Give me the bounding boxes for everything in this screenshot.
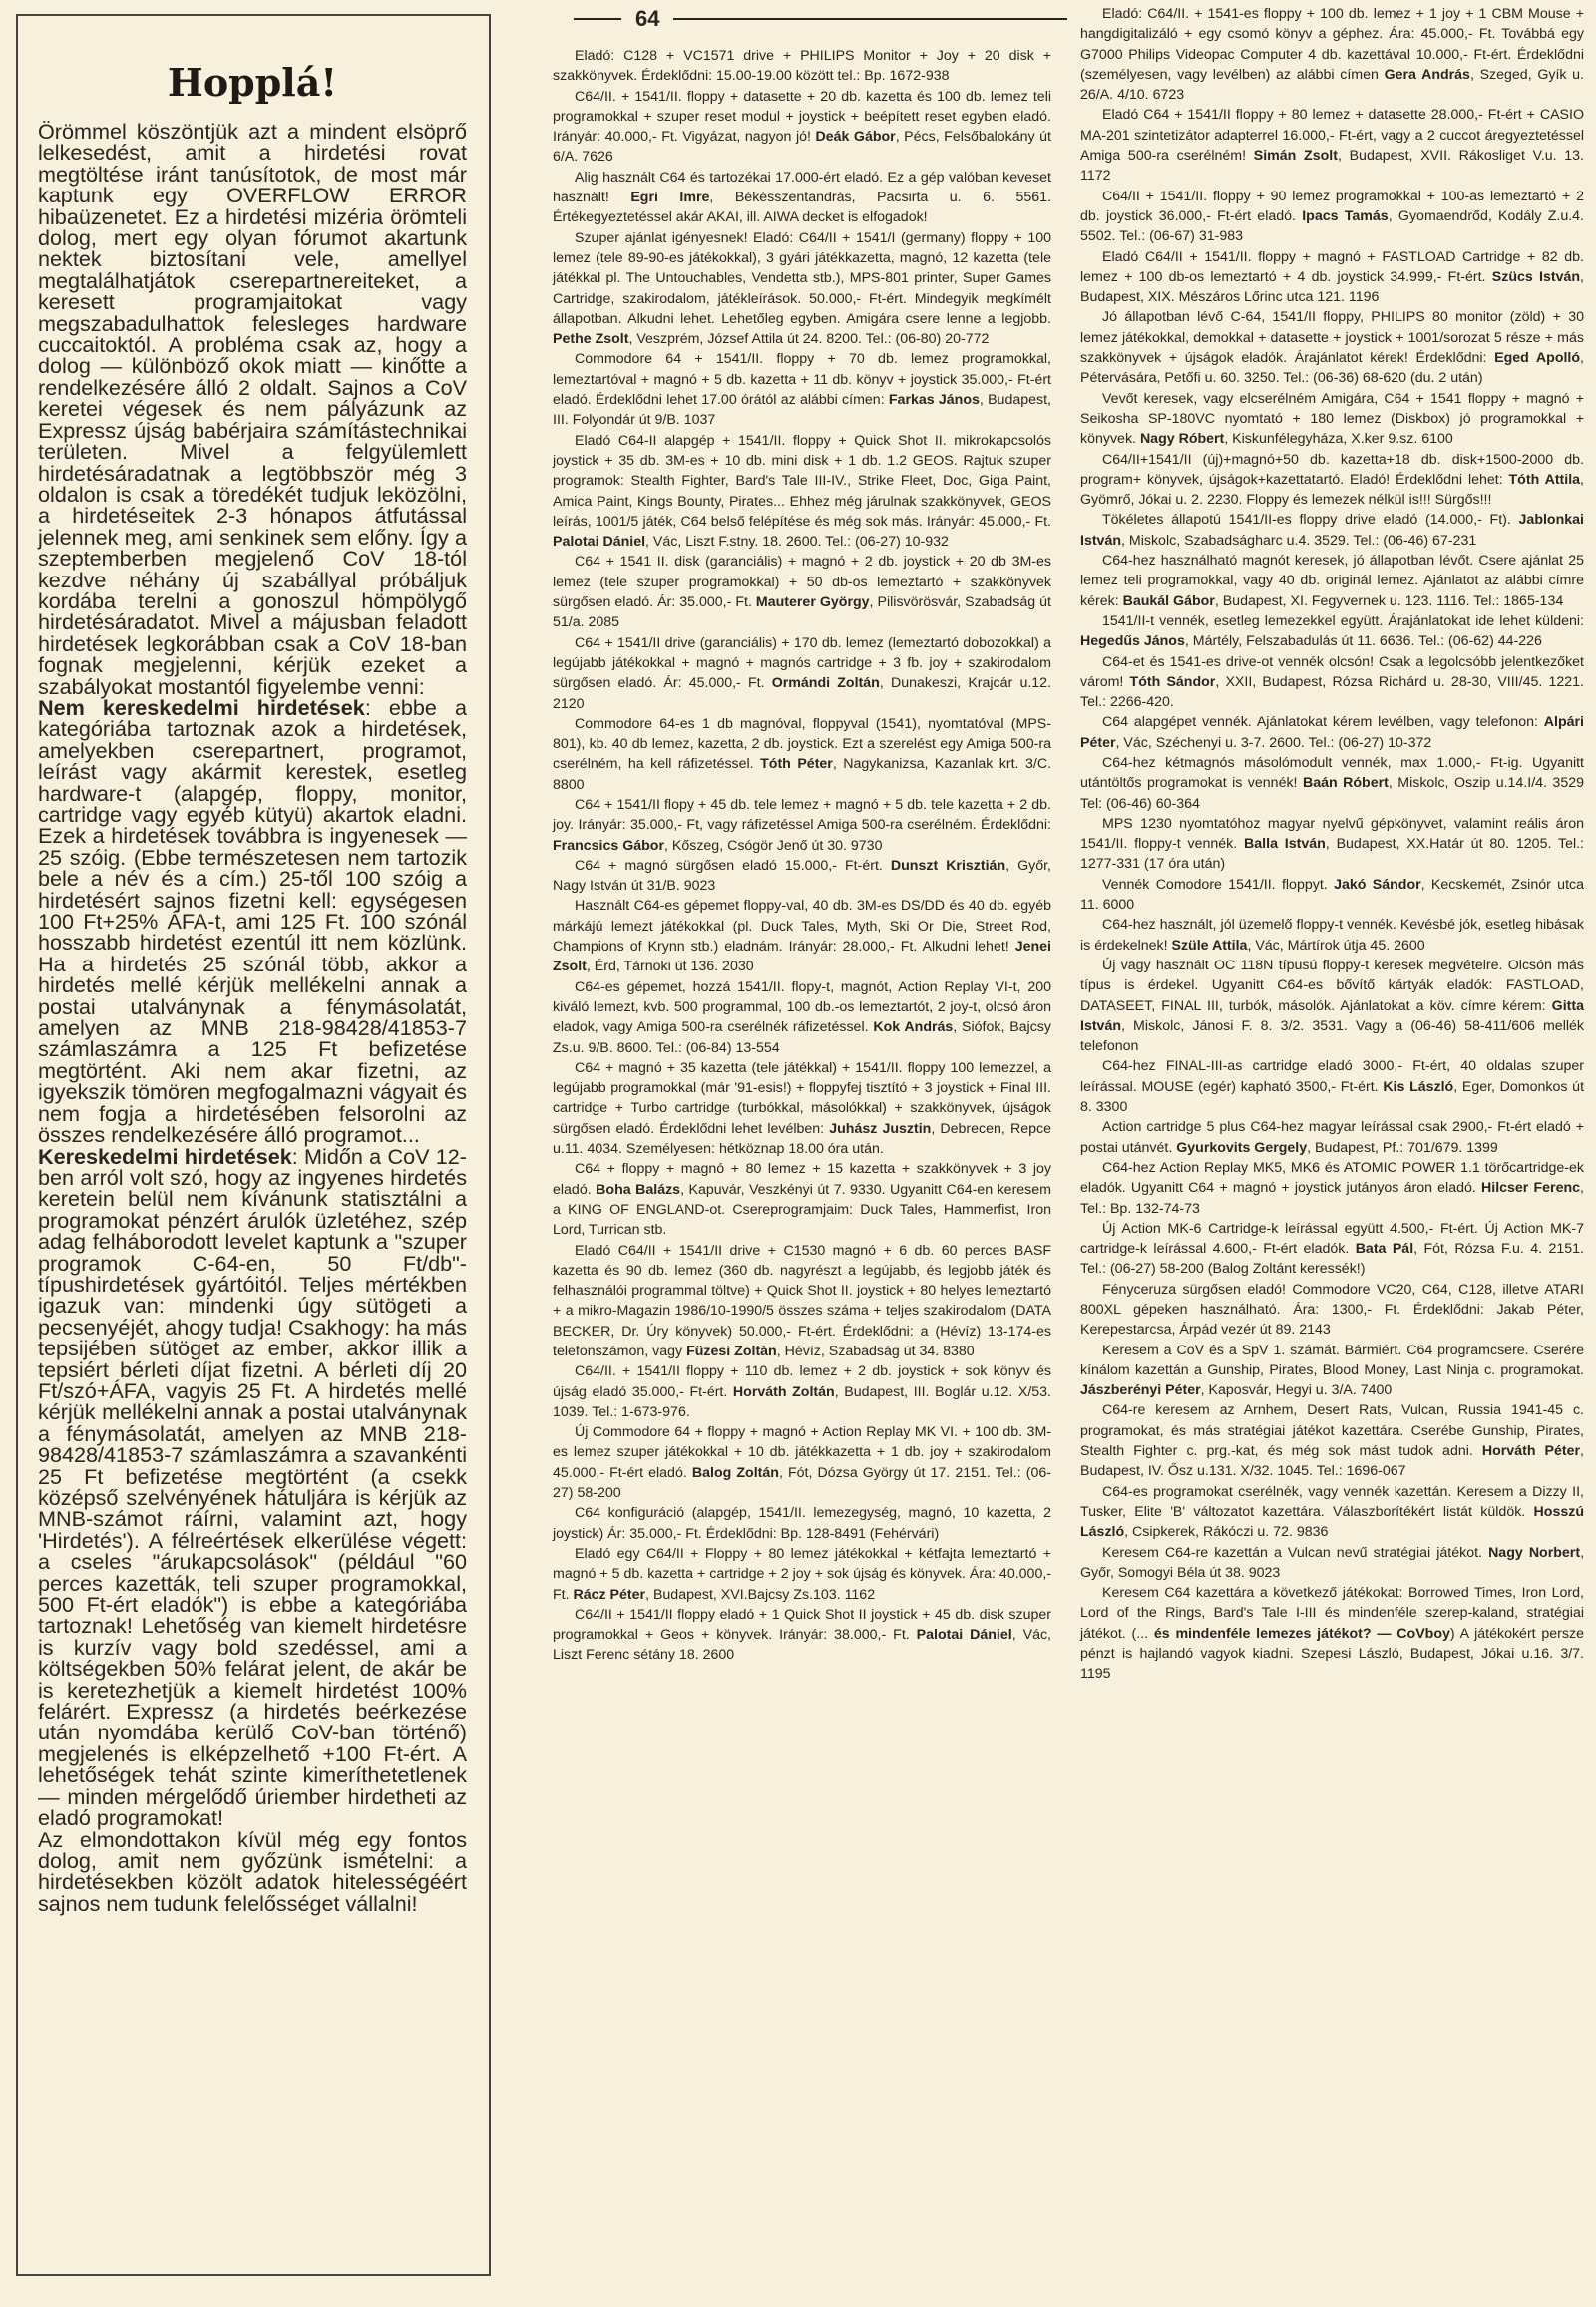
classified-ad: Eladó: C128 + VC1571 drive + PHILIPS Mon…: [553, 46, 1051, 87]
advertiser-name: Gera András: [1385, 67, 1470, 83]
classified-ad: C64 konfiguráció (alapgép, 1541/II. leme…: [553, 1503, 1051, 1544]
editorial-paragraph: Az elmondottakon kívül még egy fontos do…: [38, 1829, 467, 1915]
advertiser-name: Francsics Gábor: [553, 838, 664, 854]
classified-ad: Új vagy használt OC 118N típusú floppy-t…: [1080, 956, 1584, 1056]
page-header: 64: [574, 4, 1067, 34]
classified-ad: C64 alapgépet vennék. Ajánlatokat kérem …: [1080, 712, 1584, 753]
classifieds-column-middle: Eladó: C128 + VC1571 drive + PHILIPS Mon…: [553, 46, 1051, 1666]
classified-ad: Eladó C64-II alapgép + 1541/II. floppy +…: [553, 431, 1051, 553]
editorial-paragraph: Kereskedelmi hirdetések: Midőn a CoV 12-…: [38, 1146, 467, 1829]
classified-ad: C64/II + 1541/II floppy eladó + 1 Quick …: [553, 1605, 1051, 1666]
classified-ad: C64-re keresem az Arnhem, Desert Rats, V…: [1080, 1400, 1584, 1481]
classified-ad: C64 + floppy + magnó + 80 lemez + 15 kaz…: [553, 1159, 1051, 1240]
header-rule-left: [574, 18, 621, 20]
advertiser-name: Jászberényi Péter: [1080, 1382, 1201, 1398]
classified-ad: Fényceruza sürgősen eladó! Commodore VC2…: [1080, 1280, 1584, 1341]
classified-ad: C64 + 1541/II drive (garanciális) + 170 …: [553, 633, 1051, 714]
advertiser-name: Baukál Gábor: [1123, 593, 1215, 609]
classified-ad: Vevőt keresek, vagy elcserélném Amigára,…: [1080, 389, 1584, 450]
advertiser-name: Tóth Sándor: [1130, 674, 1216, 690]
classified-ad: 1541/II-t vennék, esetleg lemezekkel egy…: [1080, 611, 1584, 652]
advertiser-name: Boha Balázs: [596, 1182, 680, 1198]
advertiser-name: Pethe Zsolt: [553, 331, 628, 347]
advertiser-name: Horváth Zoltán: [733, 1384, 835, 1400]
editorial-paragraph: Nem kereskedelmi hirdetések: ebbe a kate…: [38, 697, 467, 1146]
advertiser-name: Nagy Róbert: [1140, 431, 1224, 447]
classified-ad: C64/II + 1541/II. floppy + 90 lemez prog…: [1080, 187, 1584, 247]
advertiser-name: Jakó Sándor: [1334, 877, 1421, 893]
editorial-paragraph: Örömmel köszöntjük azt a mindent elsöprő…: [38, 121, 467, 697]
advertiser-name: Horváth Péter: [1482, 1443, 1580, 1459]
page-number: 64: [635, 6, 659, 32]
advertiser-name: Ormándi Zoltán: [772, 675, 880, 691]
classified-ad: C64-hez FINAL-III-as cartridge eladó 300…: [1080, 1056, 1584, 1117]
classified-ad: C64-hez használható magnót keresek, jó á…: [1080, 551, 1584, 611]
advertiser-name: Rácz Péter: [574, 1587, 646, 1603]
advertiser-name: Kis László: [1383, 1079, 1453, 1095]
classifieds-column-right: Eladó: C64/II. + 1541-es floppy + 100 db…: [1080, 4, 1584, 1685]
classified-ad: Eladó C64 + 1541/II floppy + 80 lemez + …: [1080, 105, 1584, 186]
advertiser-name: Nagy Norbert: [1488, 1545, 1580, 1561]
advertiser-name: Balog Zoltán: [692, 1465, 779, 1481]
advertiser-name: és mindenféle lemezes játékot? — CoVboy: [1154, 1626, 1450, 1642]
classified-ad: C64 + magnó + 35 kazetta (tele játékkal)…: [553, 1058, 1051, 1159]
classified-ad: C64 + 1541 II. disk (garanciális) + magn…: [553, 552, 1051, 632]
advertiser-name: Kok András: [873, 1019, 953, 1035]
advertiser-name: Eged Apolló: [1494, 350, 1580, 366]
classified-ad: Új Commodore 64 + floppy + magnó + Actio…: [553, 1422, 1051, 1503]
classified-ad: Keresem C64 kazettára a következő játéko…: [1080, 1583, 1584, 1684]
editorial-title: Hopplá!: [38, 60, 467, 105]
header-rule-right: [673, 18, 1067, 20]
advertiser-name: Juhász Jusztin: [829, 1121, 931, 1137]
advertiser-name: Deák Gábor: [815, 129, 895, 145]
classified-ad: Commodore 64-es 1 db magnóval, floppyval…: [553, 714, 1051, 795]
classified-ad: C64/II+1541/II (új)+magnó+50 db. kazetta…: [1080, 450, 1584, 511]
classified-ad: Vennék Comodore 1541/II. floppyt. Jakó S…: [1080, 875, 1584, 916]
advertiser-name: Mauterer György: [756, 594, 870, 610]
classified-ad: C64-es gépemet, hozzá 1541/II. flopy-t, …: [553, 977, 1051, 1058]
classified-ad: Commodore 64 + 1541/II. floppy + 70 db. …: [553, 349, 1051, 430]
classified-ad: Új Action MK-6 Cartridge-k leírással egy…: [1080, 1219, 1584, 1280]
classified-ad: Action cartridge 5 plus C64-hez magyar l…: [1080, 1117, 1584, 1158]
classified-ad: C64-et és 1541-es drive-ot vennék olcsón…: [1080, 652, 1584, 713]
classified-ad: C64/II. + 1541/II floppy + 110 db. lemez…: [553, 1361, 1051, 1422]
classified-ad: Tökéletes állapotú 1541/II-es floppy dri…: [1080, 510, 1584, 551]
advertiser-name: Szüle Attila: [1171, 938, 1247, 954]
classified-ad: Eladó C64/II + 1541/II. floppy + magnó +…: [1080, 247, 1584, 308]
classified-ad: Keresem a CoV és a SpV 1. számát. Bármié…: [1080, 1341, 1584, 1401]
classified-ad: C64/II. + 1541/II. floppy + datasette + …: [553, 87, 1051, 168]
advertiser-name: Ipacs Tamás: [1302, 208, 1388, 224]
classified-ad: Eladó C64/II + 1541/II drive + C1530 mag…: [553, 1241, 1051, 1362]
classified-ad: Alig használt C64 és tartozékai 17.000-é…: [553, 168, 1051, 228]
editorial-body: Örömmel köszöntjük azt a mindent elsöprő…: [38, 121, 467, 1914]
advertiser-name: Füzesi Zoltán: [686, 1344, 777, 1359]
advertiser-name: Tóth Attila: [1509, 472, 1581, 488]
classified-ad: Keresem C64-re kazettán a Vulcan nevű st…: [1080, 1543, 1584, 1584]
advertiser-name: Farkas János: [889, 392, 980, 408]
advertiser-name: Hilcser Ferenc: [1481, 1180, 1580, 1196]
advertiser-name: Palotai Dániel: [553, 534, 645, 550]
advertiser-name: Baán Róbert: [1303, 775, 1389, 791]
classified-ad: C64-hez kétmagnós másolómodult vennék, m…: [1080, 753, 1584, 814]
advertiser-name: Balla István: [1244, 836, 1326, 852]
advertiser-name: Egri Imre: [630, 190, 709, 205]
advertiser-name: Hegedűs János: [1080, 633, 1185, 649]
editorial-box: Hopplá! Örömmel köszöntjük azt a mindent…: [16, 14, 491, 2276]
magazine-page: Hopplá! Örömmel köszöntjük azt a mindent…: [0, 0, 1596, 2307]
advertiser-name: Gyurkovits Gergely: [1176, 1140, 1307, 1156]
advertiser-name: Bata Pál: [1356, 1241, 1413, 1257]
classified-ad: C64 + 1541/II flopy + 45 db. tele lemez …: [553, 795, 1051, 856]
classified-ad: Eladó: C64/II. + 1541-es floppy + 100 db…: [1080, 4, 1584, 105]
advertiser-name: Szücs István: [1492, 269, 1580, 285]
classified-ad: Használt C64-es gépemet floppy-val, 40 d…: [553, 896, 1051, 976]
advertiser-name: Simán Zsolt: [1254, 148, 1338, 164]
classified-ad: MPS 1230 nyomtatóhoz magyar nyelvű gépkö…: [1080, 814, 1584, 875]
classified-ad: C64 + magnó sürgősen eladó 15.000,- Ft-é…: [553, 856, 1051, 897]
classified-ad: C64-hez használt, jól üzemelő floppy-t v…: [1080, 915, 1584, 956]
advertiser-name: Dunszt Krisztián: [891, 858, 1005, 874]
classified-ad: Szuper ajánlat igényesnek! Eladó: C64/II…: [553, 228, 1051, 350]
classified-ad: Eladó egy C64/II + Floppy + 80 lemez ját…: [553, 1544, 1051, 1605]
advertiser-name: Palotai Dániel: [917, 1627, 1012, 1643]
advertiser-name: Tóth Péter: [760, 756, 833, 772]
classified-ad: C64-es programokat cserélnék, vagy venné…: [1080, 1482, 1584, 1543]
classified-ad: C64-hez Action Replay MK5, MK6 és ATOMIC…: [1080, 1158, 1584, 1219]
classified-ad: Jó állapotban lévő C-64, 1541/II floppy,…: [1080, 307, 1584, 388]
